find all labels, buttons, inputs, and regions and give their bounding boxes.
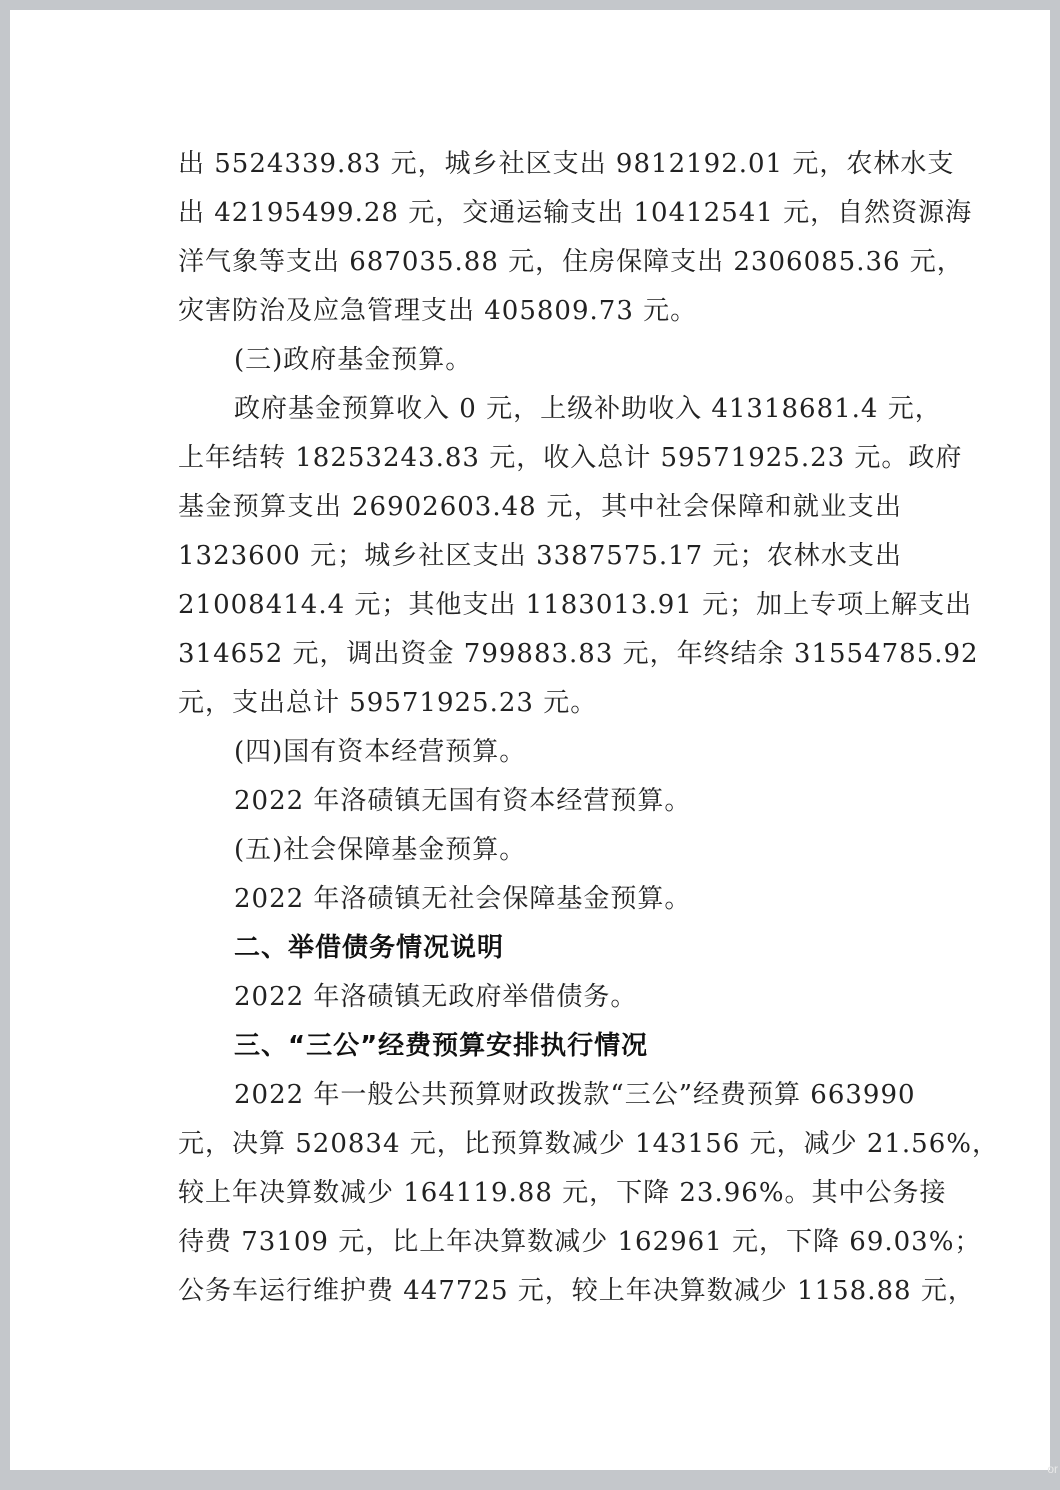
paragraph-line: 出 5524339.83 元，城乡社区支出 9812192.01 元，农林水支 <box>178 148 902 180</box>
paragraph-line: 待费 73109 元，比上年决算数减少 162961 元，下降 69.03%； <box>178 1226 902 1258</box>
paragraph-line: 基金预算支出 26902603.48 元，其中社会保障和就业支出 <box>178 491 902 523</box>
paragraph-line: 政府基金预算收入 0 元，上级补助收入 41318681.4 元， <box>234 393 942 425</box>
paragraph-line: 出 42195499.28 元，交通运输支出 10412541 元，自然资源海 <box>178 197 902 229</box>
paragraph-line: 2022 年洛碛镇无社会保障基金预算。 <box>234 883 691 915</box>
section-heading: 二、举借债务情况说明 <box>234 932 504 964</box>
paragraph-line: 元，支出总计 59571925.23 元。 <box>178 687 597 719</box>
document-page: 出 5524339.83 元，城乡社区支出 9812192.01 元，农林水支出… <box>10 10 1050 1470</box>
paragraph-line: 上年结转 18253243.83 元，收入总计 59571925.23 元。政府 <box>178 442 902 474</box>
paragraph-line: 公务车运行维护费 447725 元，较上年决算数减少 1158.88 元， <box>178 1275 902 1307</box>
paragraph-line: 元，决算 520834 元，比预算数减少 143156 元，减少 21.56%， <box>178 1128 902 1160</box>
paragraph-line: 21008414.4 元；其他支出 1183013.91 元；加上专项上解支出 <box>178 589 902 621</box>
paragraph-line: 1323600 元；城乡社区支出 3387575.17 元；农林水支出 <box>178 540 902 572</box>
paragraph-line: (四)国有资本经营预算。 <box>234 736 526 768</box>
paragraph-line: 灾害防治及应急管理支出 405809.73 元。 <box>178 295 697 327</box>
section-heading: 三、“三公”经费预算安排执行情况 <box>234 1030 648 1062</box>
paragraph-line: 2022 年一般公共预算财政拨款“三公”经费预算 663990 <box>234 1079 916 1111</box>
paragraph-line: 较上年决算数减少 164119.88 元，下降 23.96%。其中公务接 <box>178 1177 902 1209</box>
paragraph-line: 2022 年洛碛镇无政府举借债务。 <box>234 981 637 1013</box>
paragraph-line: (五)社会保障基金预算。 <box>234 834 526 866</box>
paragraph-line: 洋气象等支出 687035.88 元，住房保障支出 2306085.36 元， <box>178 246 902 278</box>
paragraph-line: (三)政府基金预算。 <box>234 344 472 376</box>
paragraph-line: 2022 年洛碛镇无国有资本经营预算。 <box>234 785 691 817</box>
watermark: or <box>1047 1462 1058 1476</box>
paragraph-line: 314652 元，调出资金 799883.83 元，年终结余 31554785.… <box>178 638 902 670</box>
